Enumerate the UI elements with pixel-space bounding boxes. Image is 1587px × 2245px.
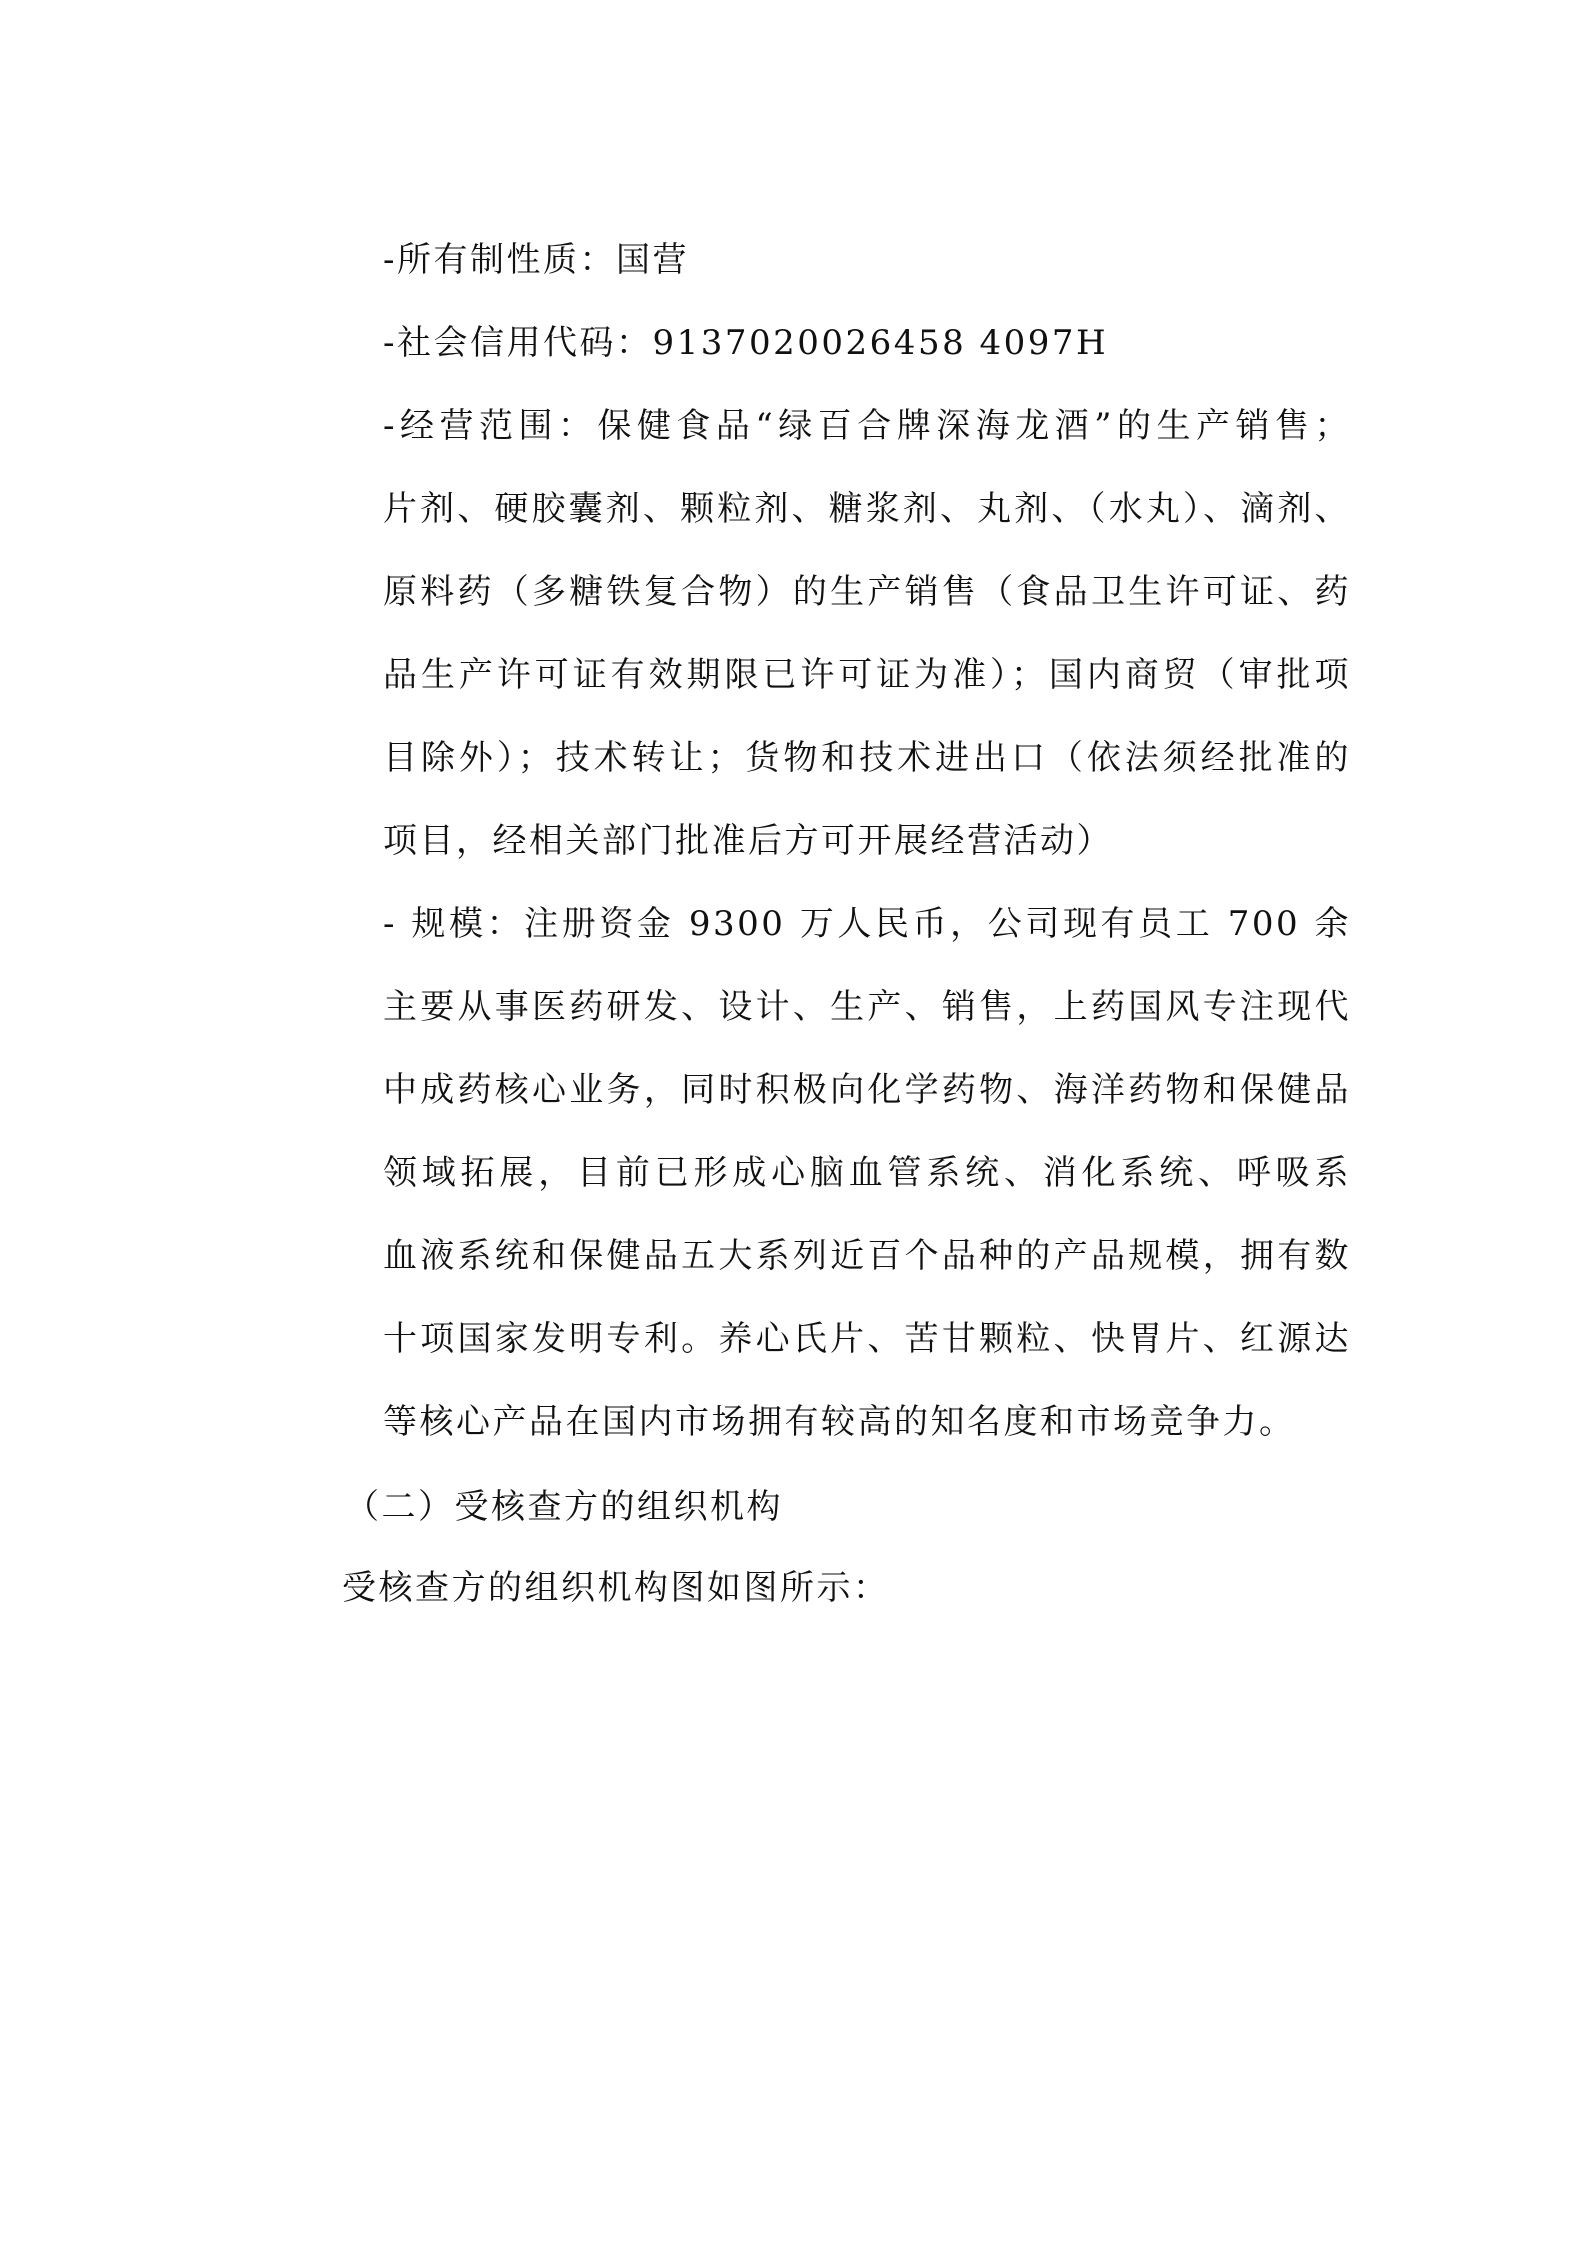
scale-line: - 规模：注册资金 9300 万人民币，公司现有员工 700 余人， [383, 883, 1351, 966]
section-intro: 受核查方的组织机构图如图所示： [342, 1547, 890, 1630]
scale-line: 领域拓展，目前已形成心脑血管系统、消化系统、呼吸系统、 [383, 1132, 1351, 1215]
document-page: -所有制性质：国营 -社会信用代码：9137020026458 4097H -经… [0, 0, 1587, 2245]
section-heading: （二）受核查方的组织机构 [345, 1466, 783, 1549]
business-scope-line: -经营范围：保健食品“绿百合牌深海龙酒”的生产销售； [383, 385, 1351, 468]
scale-line: 主要从事医药研发、设计、生产、销售，上药国风专注现代 [383, 966, 1351, 1049]
business-scope-line: 项目，经相关部门批准后方可开展经营活动） [383, 800, 1351, 883]
credit-code-line: -社会信用代码：9137020026458 4097H [383, 302, 1351, 385]
scale-line: 十项国家发明专利。养心氏片、苦甘颗粒、快胃片、红源达 [383, 1298, 1351, 1381]
business-scope-line: 原料药（多糖铁复合物）的生产销售（食品卫生许可证、药 [383, 551, 1351, 634]
ownership-line: -所有制性质：国营 [383, 219, 1351, 302]
scale-line: 血液系统和保健品五大系列近百个品种的产品规模，拥有数 [383, 1215, 1351, 1298]
business-scope-line: 片剂、硬胶囊剂、颗粒剂、糖浆剂、丸剂、（水丸）、滴剂、 [383, 468, 1351, 551]
business-scope-line: 品生产许可证有效期限已许可证为准）；国内商贸（审批项 [383, 634, 1351, 717]
scale-line: 等核心产品在国内市场拥有较高的知名度和市场竞争力。 [383, 1381, 1351, 1464]
scale-line: 中成药核心业务，同时积极向化学药物、海洋药物和保健品 [383, 1049, 1351, 1132]
business-scope-line: 目除外）；技术转让；货物和技术进出口（依法须经批准的 [383, 717, 1351, 800]
